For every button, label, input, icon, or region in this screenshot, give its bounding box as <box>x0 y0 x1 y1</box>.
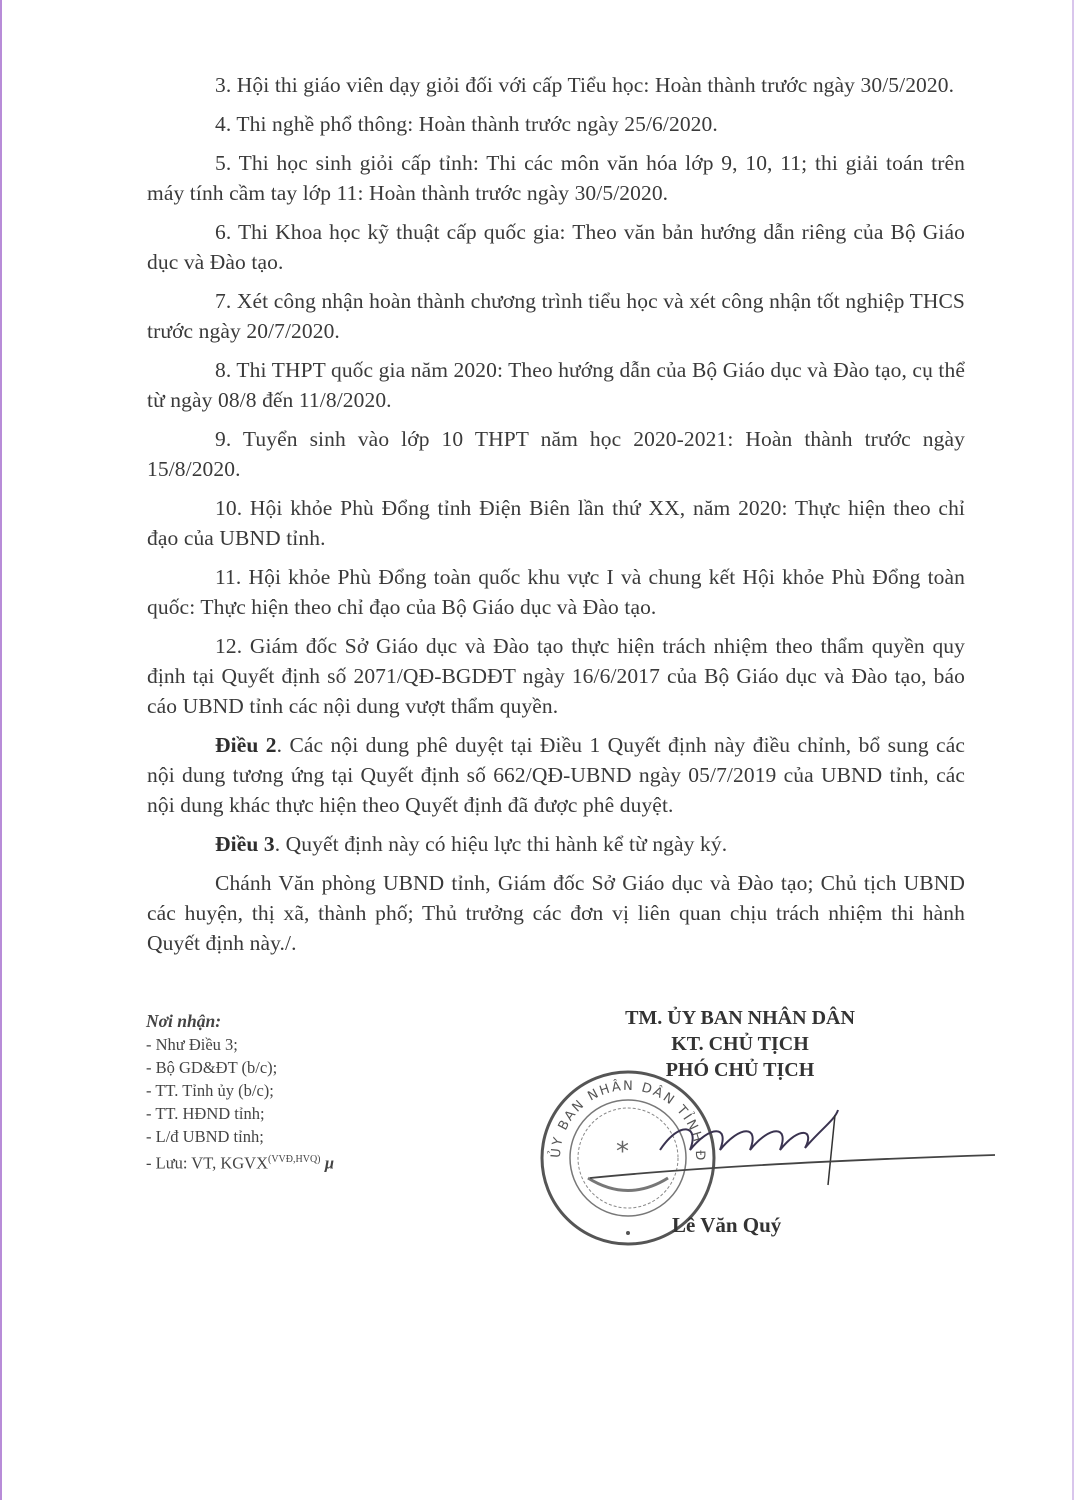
recipient-item: - TT. Tỉnh ủy (b/c); <box>146 1079 446 1102</box>
recipient-item: - L/đ UBND tỉnh; <box>146 1125 446 1148</box>
paragraph-item-3: 3. Hội thi giáo viên dạy giỏi đối với cấ… <box>147 70 965 100</box>
recipients-title: Nơi nhận: <box>146 1010 446 1033</box>
paragraph-item-8: 8. Thi THPT quốc gia năm 2020: Theo hướn… <box>147 355 965 415</box>
recipient-item: - Như Điều 3; <box>146 1033 446 1056</box>
document-body: 3. Hội thi giáo viên dạy giỏi đối với cấ… <box>147 70 965 967</box>
article-2-label: Điều 2 <box>215 733 277 757</box>
archive-label: - Lưu: VT, KGVX <box>146 1154 268 1173</box>
initial-mark-icon: µ <box>325 1154 335 1173</box>
sign-line-1: TM. ỦY BAN NHÂN DÂN <box>575 1005 905 1031</box>
archive-initials: (VVĐ,HVQ) <box>268 1154 321 1165</box>
paragraph-item-9: 9. Tuyển sinh vào lớp 10 THPT năm học 20… <box>147 424 965 484</box>
paragraph-item-4: 4. Thi nghề phổ thông: Hoàn thành trước … <box>147 109 965 139</box>
recipient-item-archive: - Lưu: VT, KGVX(VVĐ,HVQ) µ <box>146 1148 446 1175</box>
paragraph-item-11: 11. Hội khỏe Phù Đổng toàn quốc khu vực … <box>147 562 965 622</box>
article-2: Điều 2. Các nội dung phê duyệt tại Điều … <box>147 730 965 820</box>
signature-mark-icon <box>590 1100 1010 1190</box>
recipient-item: - TT. HĐND tỉnh; <box>146 1102 446 1125</box>
paragraph-item-6: 6. Thi Khoa học kỹ thuật cấp quốc gia: T… <box>147 217 965 277</box>
recipient-item: - Bộ GD&ĐT (b/c); <box>146 1056 446 1079</box>
article-3-label: Điều 3 <box>215 832 275 856</box>
article-3-text: . Quyết định này có hiệu lực thi hành kể… <box>275 832 727 856</box>
scan-edge-left <box>0 0 2 1500</box>
closing-paragraph: Chánh Văn phòng UBND tỉnh, Giám đốc Sở G… <box>147 868 965 958</box>
sign-line-2: KT. CHỦ TỊCH <box>575 1031 905 1057</box>
signer-name: Lê Văn Quý <box>672 1213 781 1238</box>
recipients-block: Nơi nhận: - Như Điều 3; - Bộ GD&ĐT (b/c)… <box>146 1010 446 1175</box>
paragraph-item-5: 5. Thi học sinh giỏi cấp tỉnh: Thi các m… <box>147 148 965 208</box>
article-3: Điều 3. Quyết định này có hiệu lực thi h… <box>147 829 965 859</box>
paragraph-item-12: 12. Giám đốc Sở Giáo dục và Đào tạo thực… <box>147 631 965 721</box>
paragraph-item-10: 10. Hội khỏe Phù Đổng tỉnh Điện Biên lần… <box>147 493 965 553</box>
paragraph-item-7: 7. Xét công nhận hoàn thành chương trình… <box>147 286 965 346</box>
